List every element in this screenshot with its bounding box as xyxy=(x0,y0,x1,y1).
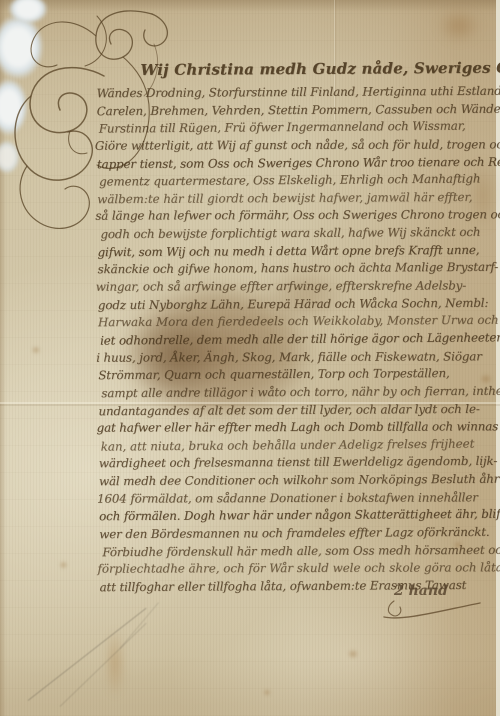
manuscript-line: Furstinna till Rügen, Frü öfwer Ingerman… xyxy=(99,118,497,139)
manuscript-scan: Wij Christina medh Gudz nåde, Sweriges G… xyxy=(0,0,500,716)
fox-spot xyxy=(346,648,360,660)
manuscript-text-block: Wij Christina medh Gudz nåde, Sweriges G… xyxy=(96,55,497,597)
manuscript-opening-line: Wij Christina medh Gudz nåde, Sweriges G… xyxy=(96,55,494,85)
fox-spot xyxy=(58,560,69,570)
manuscript-line: iet odhondrelle, dem medh alle der till … xyxy=(100,329,498,350)
manuscript-line: så länge han lefwer och förmähr, Oss och… xyxy=(95,207,493,226)
manuscript-line: förpliechtadhe ähre, och för Wår skuld w… xyxy=(97,560,495,579)
manuscript-line: undantagandes af alt det som der till ly… xyxy=(98,400,496,420)
docket-text: 2 hand xyxy=(380,583,485,599)
stain-top-right xyxy=(430,4,488,48)
manuscript-line: wäl medh dee Conditioner och wilkohr som… xyxy=(99,471,497,491)
manuscript-line: 1604 förmäldat, om sådanne Donationer i … xyxy=(97,489,495,508)
manuscript-line: Förbiudhe fördenskull här medh alle, som… xyxy=(102,541,500,561)
pencil-scratch xyxy=(120,602,159,649)
manuscript-lines: Wändes Drodning, Storfurstinne till Finl… xyxy=(97,83,498,597)
docket-annotation: 2 hand xyxy=(380,583,485,623)
pencil-scratch xyxy=(28,608,147,701)
docket-underline-flourish xyxy=(380,599,485,621)
manuscript-line: skänckie och gifwe honom, hans hustro oc… xyxy=(98,259,496,279)
fox-spot xyxy=(30,345,42,355)
manuscript-line: wingar, och så arfwinge effter arfwinge,… xyxy=(96,277,494,296)
fox-spot xyxy=(262,688,272,697)
manuscript-line: i huus, jord, Åker, Ängh, Skog, Mark, fi… xyxy=(96,348,494,367)
manuscript-line: Giöre witterligit, att Wij af gunst och … xyxy=(95,136,493,155)
manuscript-line: gat hafwer eller här effter medh Lagh oc… xyxy=(97,418,495,437)
